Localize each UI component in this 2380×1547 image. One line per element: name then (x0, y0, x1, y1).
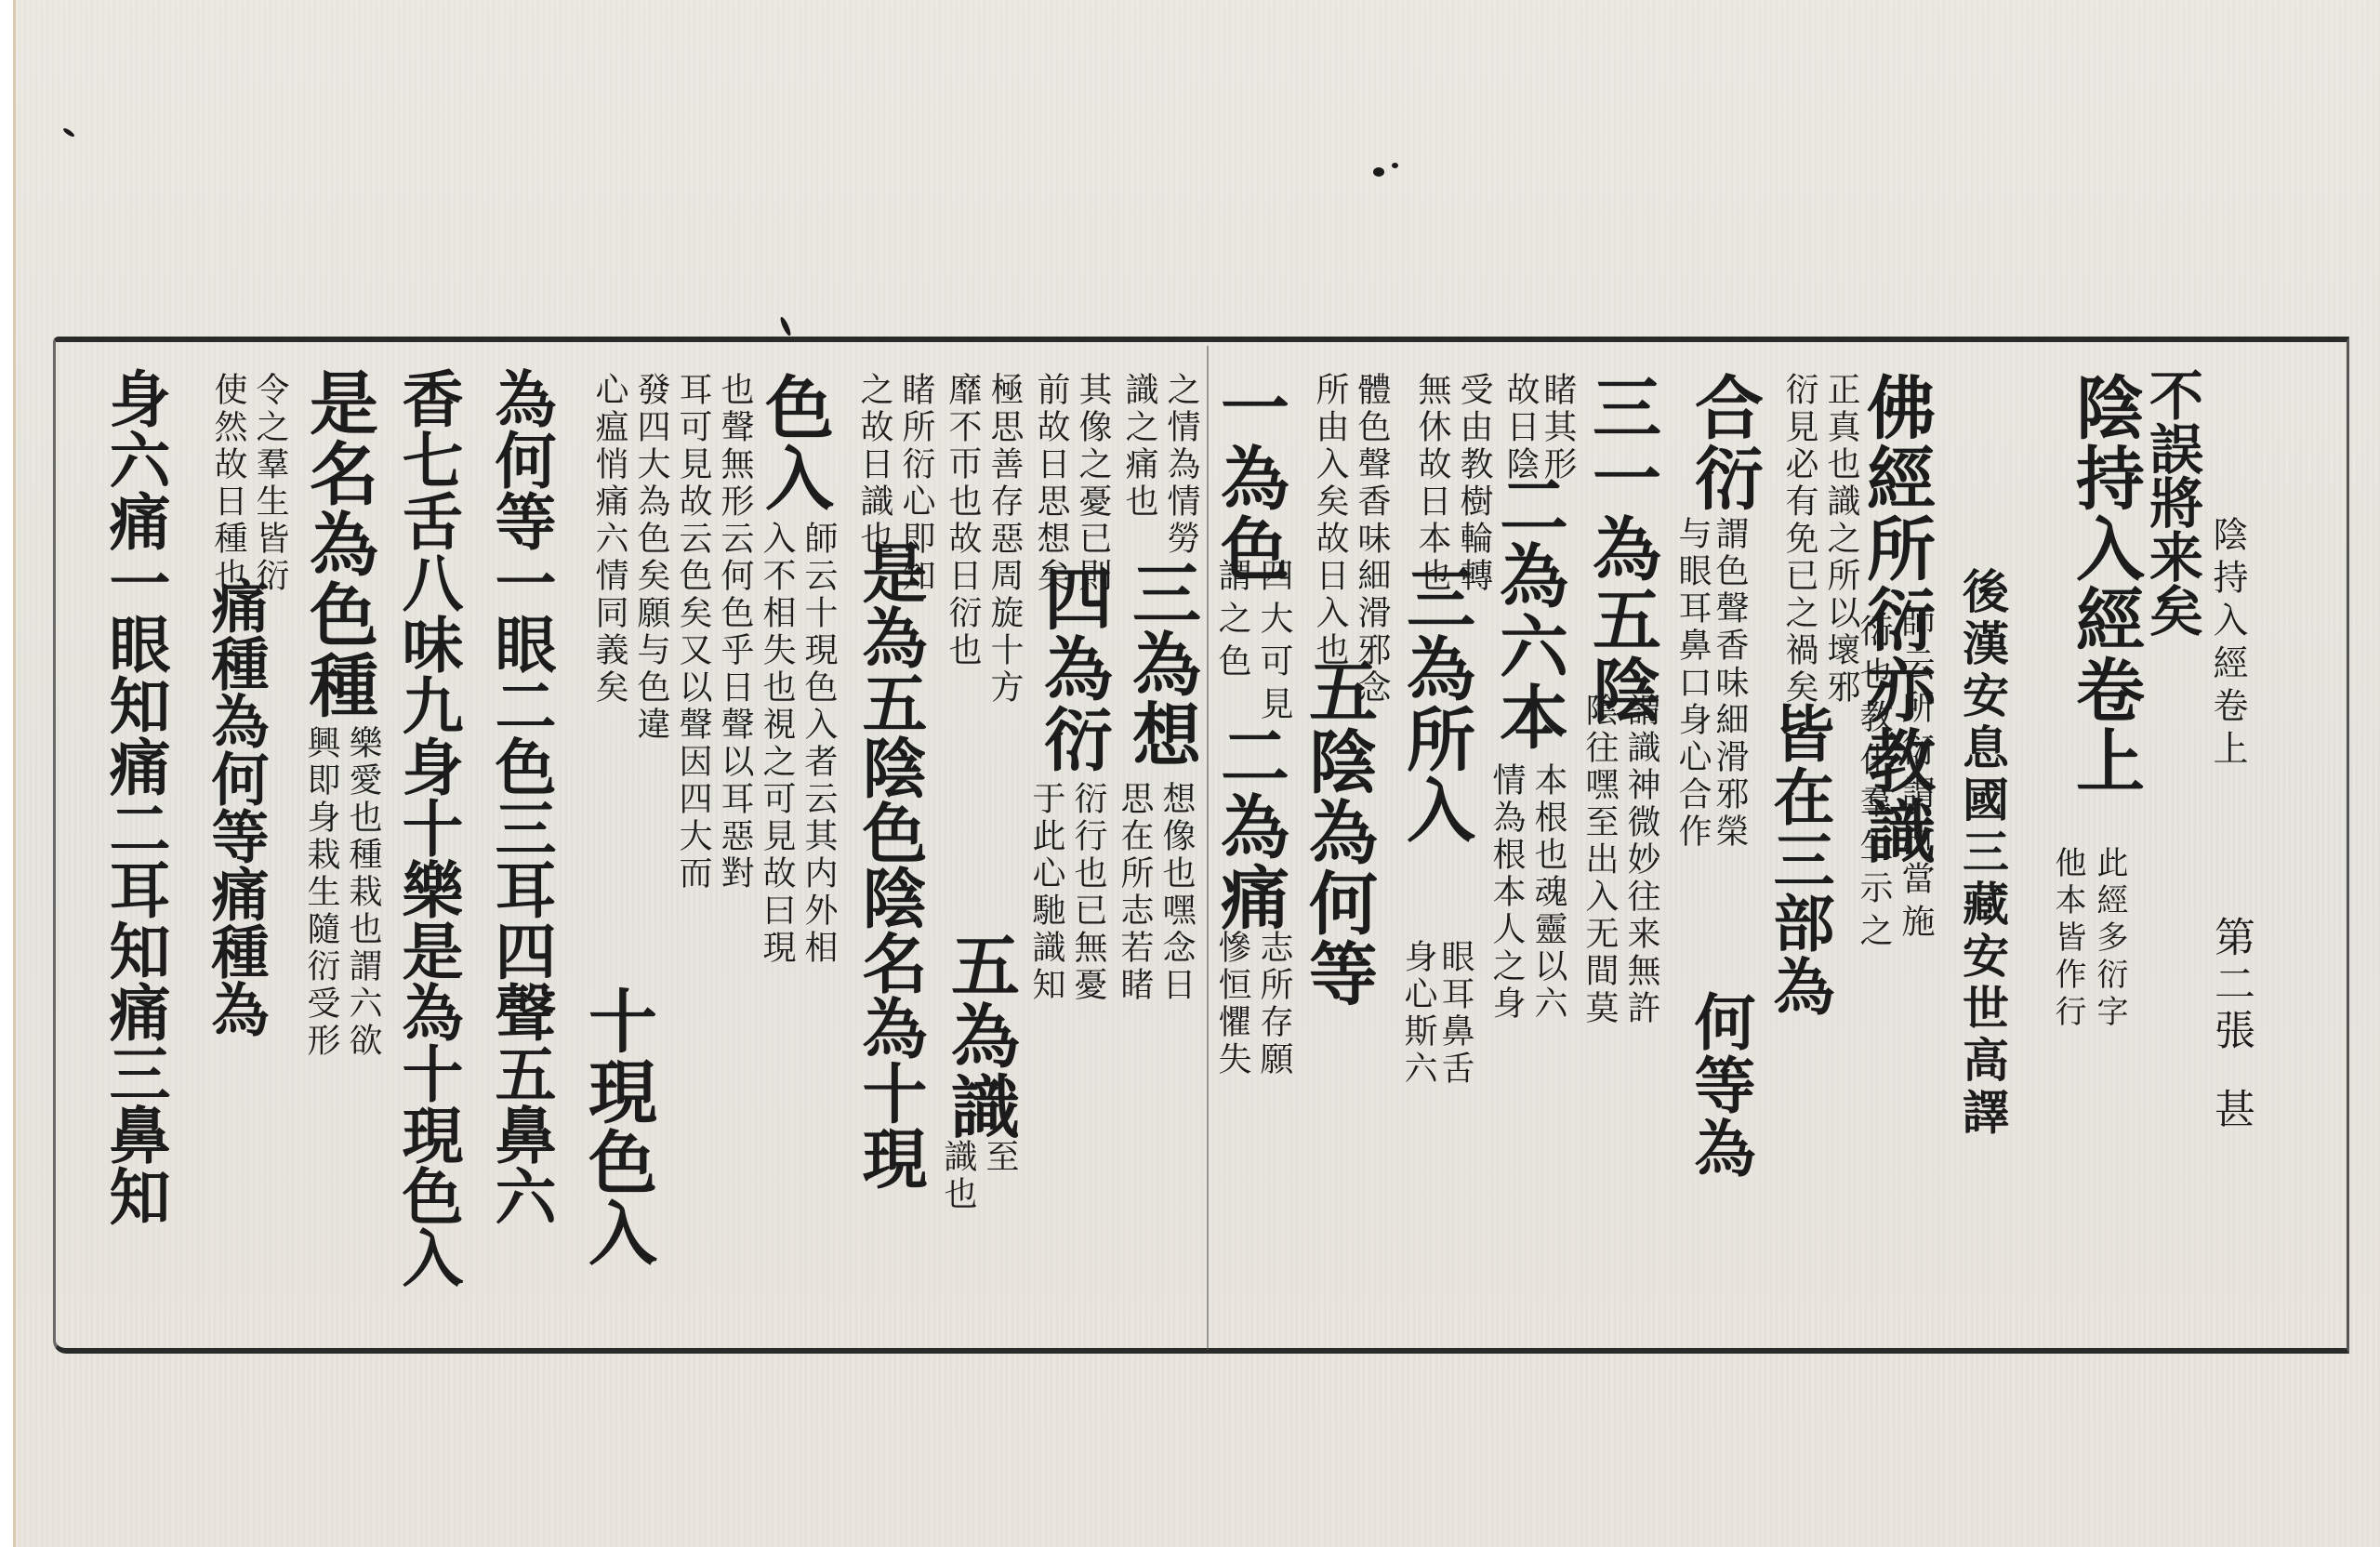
main-text-column-4: 二為六本 (1494, 469, 1563, 752)
commentary-col-3a: 謂色聲香味細滑邪榮 (1712, 516, 1746, 851)
commentary-col-8a: 眼耳鼻舌 (1438, 939, 1472, 1088)
main-text-column-15: 為何等一眼二色三耳四聲五鼻六 (490, 367, 551, 1226)
main-text-column-7: 一為色 (1215, 372, 1284, 584)
commentary-col-12a: 之情為情勞 (1164, 372, 1197, 558)
margin-running-title: 陰持入經卷上 (2210, 516, 2245, 773)
commentary-col-14b: 前故日思想矣 (1034, 372, 1067, 595)
page-mark: 甚 (2210, 1088, 2251, 1136)
commentary-col-10a: 四大可見 (1257, 558, 1290, 729)
page-fold-line (1207, 346, 1209, 1350)
commentary-col-19a: 師云十現色入者云其内外相 (801, 521, 835, 967)
commentary-col-2b: 衍見必有免已之禍矣 (1782, 372, 1816, 707)
commentary-col-12b: 識之痛也 (1122, 372, 1156, 521)
margin-note-large: 不誤將来矣 (2145, 367, 2199, 637)
main-text-column-8: 三為想 (1127, 558, 1196, 770)
main-text-column-11: 是為五陰色陰名為十現 (857, 539, 922, 1190)
commentary-col-6b: 情為根本人之身 (1489, 762, 1523, 1023)
ink-speck (1392, 163, 1398, 168)
commentary-col-7a: 受由教樹輪轉 (1457, 372, 1490, 595)
commentary-col-19b: 入不相失也視之可見故曰現 (760, 521, 793, 967)
commentary-col-22b: 興即身栽生隨衍受形 (304, 725, 337, 1060)
ink-speck (779, 316, 793, 337)
commentary-col-5a: 睹其形 (1540, 372, 1574, 483)
commentary-col-17b: 識也 (941, 1139, 974, 1213)
main-text-column-2: 合衍 (1689, 372, 1758, 513)
commentary-col-3b: 与眼耳鼻口身心合作 (1675, 516, 1709, 851)
main-text-column-19: 身六痛一眼知痛二耳知痛三鼻知 (104, 367, 165, 1226)
commentary-col-15a: 衍行也已無憂 (1071, 781, 1104, 1004)
main-text-column-17: 是名為色種 (304, 367, 373, 721)
commentary-col-20b: 耳可見故云色矣又以聲因四大而 (676, 372, 709, 892)
commentary-col-21b: 心瘟悄痛六情同義矣 (592, 372, 626, 707)
ink-speck (62, 126, 75, 138)
commentary-col-20a: 也聲無形云何色乎日聲以耳惡對 (718, 372, 751, 892)
translator-credit: 後漢安息國三藏安世高譯 (1959, 567, 2005, 1140)
main-text-column-2-tail: 何等為 (1689, 990, 1751, 1180)
commentary-col-9b: 所由入矣故日入也 (1313, 372, 1346, 669)
commentary-col-10b: 謂之色 (1215, 558, 1249, 686)
commentary-col-1b: 衍也教化羣生示之 (1857, 614, 1890, 956)
main-text-column-6: 五陰為何等 (1303, 655, 1372, 1009)
main-text-column-18: 痛種為何等痛種為 (206, 576, 264, 1038)
commentary-col-13b: 思在所志若睹 (1117, 781, 1151, 1004)
variant-note-left: 他本皆作行 (2052, 846, 2083, 1032)
main-text-column-10: 五為識 (945, 930, 1014, 1142)
main-text-column-12: 色入 (760, 372, 828, 513)
commentary-col-4a: 謂識神微妙往来無許 (1624, 693, 1658, 1027)
main-text-column-1-tail: 皆在三部為 (1768, 702, 1830, 1018)
scanned-page: 陰持入經卷上 不誤將来矣 陰持入經卷上 第二張 甚 此經多衍字 他本皆作行 後漢… (13, 0, 2380, 1547)
main-text-column-7b: 二為痛 (1215, 721, 1284, 932)
commentary-col-13a: 想像也嘿念日 (1159, 781, 1193, 1004)
commentary-col-4b: 陰往嘿至出入无間莫 (1582, 693, 1616, 1027)
page-number-label: 第二張 (2210, 916, 2251, 1055)
commentary-col-5b: 故日陰 (1503, 372, 1537, 483)
main-text-column-14: 十現色入 (583, 985, 652, 1268)
main-text-column-16: 香七舌八味九身十樂是為十現色入 (397, 367, 458, 1288)
commentary-col-23b: 使然故日種也 (211, 372, 245, 595)
commentary-col-15b: 于此心馳識知 (1029, 781, 1063, 1004)
ink-speck (1373, 167, 1384, 177)
commentary-col-16b: 靡不帀也故日衍也 (945, 372, 979, 669)
commentary-col-21a: 發四大為色矣願与色違 (634, 372, 668, 744)
commentary-col-23a: 令之羣生皆衍 (253, 372, 286, 595)
variant-note-right: 此經多衍字 (2094, 846, 2125, 1032)
commentary-col-16a: 極思善存惡周旋十方 (987, 372, 1021, 707)
commentary-col-7b: 無休故日本也 (1415, 372, 1448, 595)
commentary-col-17a: 至 (983, 1139, 1016, 1176)
main-text-column-9: 四為衍 (1038, 562, 1107, 774)
commentary-col-11a: 志所存願 (1257, 930, 1290, 1078)
commentary-col-22a: 樂愛也種栽也謂六欲 (346, 725, 379, 1060)
main-text-column-3: 三一為五陰 (1587, 372, 1656, 725)
commentary-col-18b: 之故日識也 (857, 372, 891, 558)
commentary-col-14a: 其像之憂已則 (1076, 372, 1109, 595)
commentary-col-8b: 身心斯六 (1401, 939, 1435, 1088)
commentary-col-11b: 慘恒懼失 (1215, 930, 1249, 1078)
sutra-title: 陰持入經卷上 (2070, 372, 2139, 796)
main-text-column-5: 三為所入 (1401, 562, 1470, 845)
commentary-col-1a: 師云所衍謂所當施 (1898, 604, 1932, 946)
commentary-col-6a: 本根也魂靈以六 (1531, 762, 1565, 1023)
commentary-col-2a: 正真也識之所以壞邪 (1824, 372, 1858, 707)
